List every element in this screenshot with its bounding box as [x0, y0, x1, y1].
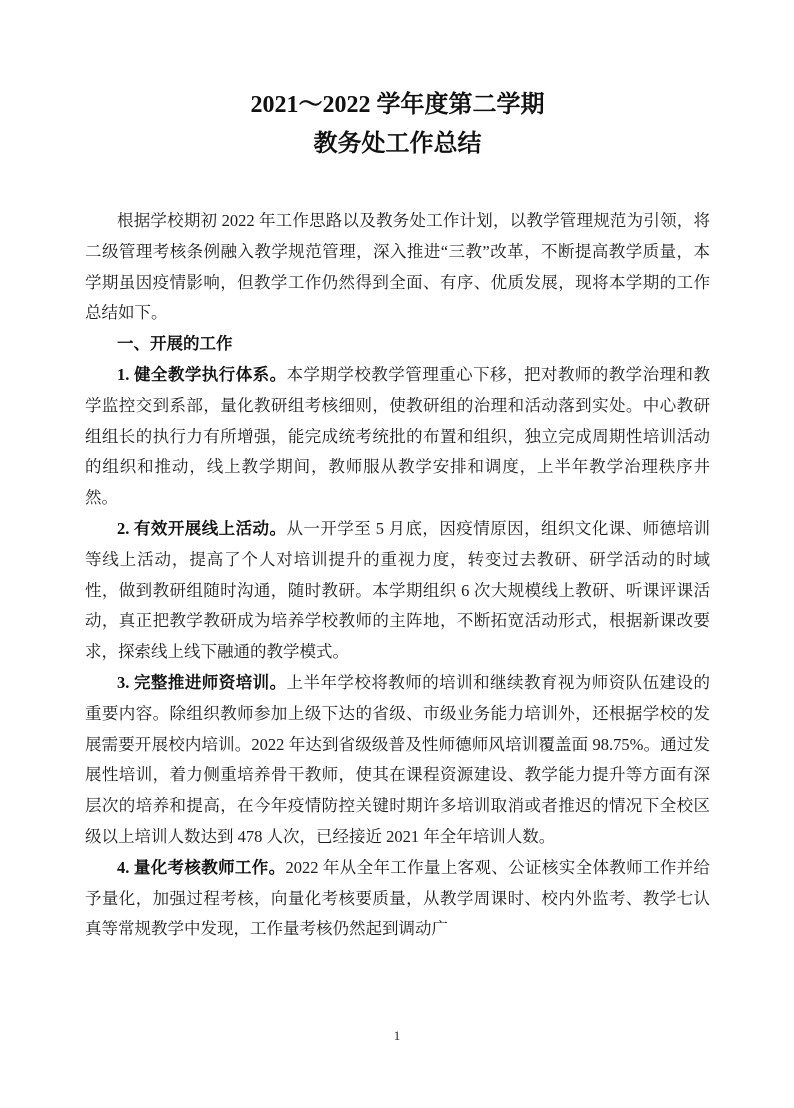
intro-paragraph: 根据学校期初 2022 年工作思路以及教务处工作计划，以教学管理规范为引领，将二… [85, 206, 710, 329]
work-item-2: 2. 有效开展线上活动。从一开学至 5 月底，因疫情原因，组织文化课、师德培训等… [85, 514, 710, 668]
work-item-1: 1. 健全教学执行体系。本学期学校教学管理重心下移，把对教师的教学治理和教学监控… [85, 360, 710, 514]
document-body: 根据学校期初 2022 年工作思路以及教务处工作计划，以教学管理规范为引领，将二… [85, 206, 710, 945]
work-item-1-lead: 1. 健全教学执行体系。 [117, 365, 287, 384]
work-item-1-text: 本学期学校教学管理重心下移，把对教师的教学治理和教学监控交到系部，量化教研组考核… [85, 365, 710, 507]
work-item-3-text: 上半年学校将教师的培训和继续教育视为师资队伍建设的重要内容。除组织教师参加上级下… [85, 673, 710, 846]
work-item-4: 4. 量化考核教师工作。2022 年从全年工作量上客观、公证核实全体教师工作并给… [85, 853, 710, 945]
section-heading: 一、开展的工作 [85, 329, 710, 360]
title-line-1: 2021～2022 学年度第二学期 [85, 86, 710, 125]
title-line-2: 教务处工作总结 [85, 125, 710, 164]
work-item-3: 3. 完整推进师资培训。上半年学校将教师的培训和继续教育视为师资队伍建设的重要内… [85, 668, 710, 853]
work-item-2-lead: 2. 有效开展线上活动。 [117, 519, 286, 538]
document-title: 2021～2022 学年度第二学期 教务处工作总结 [85, 86, 710, 164]
work-item-3-lead: 3. 完整推进师资培训。 [117, 673, 287, 692]
document-page: 2021～2022 学年度第二学期 教务处工作总结 根据学校期初 2022 年工… [0, 0, 794, 1108]
work-item-2-text: 从一开学至 5 月底，因疫情原因，组织文化课、师德培训等线上活动，提高了个人对培… [85, 519, 710, 661]
work-item-4-lead: 4. 量化考核教师工作。 [117, 858, 285, 877]
page-number: 1 [0, 1028, 794, 1044]
